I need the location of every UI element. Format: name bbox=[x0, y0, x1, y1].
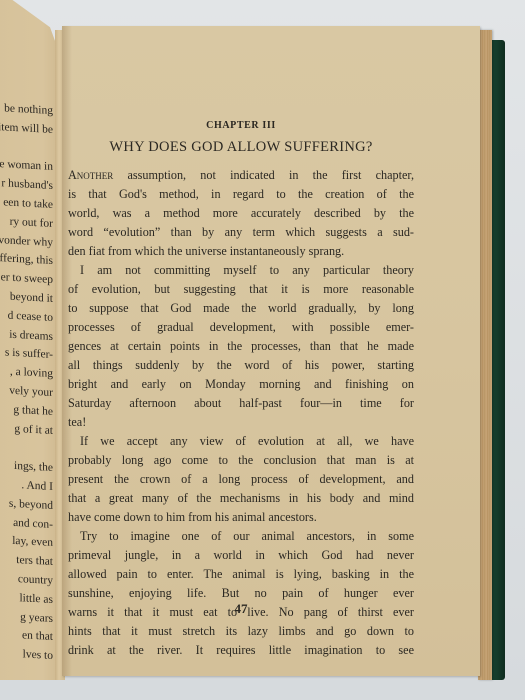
left-fragment: e woman in bbox=[0, 154, 53, 177]
paragraph-3: If we accept any view of evolution at al… bbox=[68, 432, 414, 527]
left-page-text-fragments: be nothing item will be e woman in r hus… bbox=[0, 98, 53, 666]
paragraph-2: I am not committing myself to any partic… bbox=[68, 261, 414, 432]
left-fragment: er to sweep bbox=[0, 267, 53, 290]
left-fragment: little as bbox=[0, 587, 53, 610]
page-stack-edge bbox=[478, 30, 492, 680]
left-fragment: and con- bbox=[0, 512, 53, 535]
text-line: probably long ago come to the conclusion… bbox=[68, 451, 414, 470]
page-number: 47 bbox=[68, 601, 414, 617]
chapter-label: CHAPTER III bbox=[68, 120, 414, 131]
text-line: I am not committing myself to any partic… bbox=[68, 261, 414, 280]
left-fragment: be nothing bbox=[0, 98, 53, 121]
left-fragment: ffering, this bbox=[0, 248, 53, 271]
left-fragment: vonder why bbox=[0, 230, 53, 253]
left-fragment: lves to bbox=[0, 643, 53, 666]
left-fragment: g of it at bbox=[0, 418, 53, 441]
left-fragment: s, beyond bbox=[0, 493, 53, 516]
text-line: assumption, not indicated in the first c… bbox=[113, 168, 414, 182]
left-fragment: een to take bbox=[0, 192, 53, 215]
text-line: If we accept any view of evolution at al… bbox=[68, 432, 414, 451]
text-line: primeval jungle, in a world in which God… bbox=[68, 546, 414, 565]
left-fragment: lay, even bbox=[0, 530, 53, 553]
text-line: have come down to him from his animal an… bbox=[68, 508, 414, 527]
left-fragment bbox=[0, 436, 53, 459]
text-line: all things suddenly by the word of his p… bbox=[68, 356, 414, 375]
text-line: hints that it must stretch its lazy limb… bbox=[68, 622, 414, 641]
lead-word: Another bbox=[68, 168, 113, 182]
text-line: bright and early on Monday morning and f… bbox=[68, 375, 414, 394]
chapter-title: WHY DOES GOD ALLOW SUFFERING? bbox=[68, 139, 414, 156]
left-fragment: . And I bbox=[0, 474, 53, 497]
left-fragment: ings, the bbox=[0, 455, 53, 478]
left-fragment: country bbox=[0, 568, 53, 591]
left-fragment: g years bbox=[0, 606, 53, 629]
text-line: tea! bbox=[68, 413, 414, 432]
text-line: allowed pain to enter. The animal is lyi… bbox=[68, 565, 414, 584]
left-fragment: d cease to bbox=[0, 305, 53, 328]
text-line: that a great many of the mechanisms in h… bbox=[68, 489, 414, 508]
text-line: den fiat from which the universe instant… bbox=[68, 242, 414, 261]
text-line: present the crown of a long process of d… bbox=[68, 470, 414, 489]
left-fragment: g that he bbox=[0, 399, 53, 422]
left-fragment: is dreams bbox=[0, 324, 53, 347]
text-line: is that God's method, in regard to the c… bbox=[68, 185, 414, 204]
left-fragment: s is suffer- bbox=[0, 342, 53, 365]
text-line: of evolution, but suggesting that it is … bbox=[68, 280, 414, 299]
text-line: Saturday afternoon about half-past four—… bbox=[68, 394, 414, 413]
left-fragment: item will be bbox=[0, 117, 53, 140]
left-fragment: , a loving bbox=[0, 361, 53, 384]
left-fragment: en that bbox=[0, 624, 53, 647]
left-fragment: beyond it bbox=[0, 286, 53, 309]
text-line: processes of gradual development, with p… bbox=[68, 318, 414, 337]
text-line: to suppose that God made the world gradu… bbox=[68, 299, 414, 318]
text-line: world, was a method more accurately desc… bbox=[68, 204, 414, 223]
text-line: word “evolution” than by any term which … bbox=[68, 223, 414, 242]
left-fragment: ters that bbox=[0, 549, 53, 572]
right-page-content: CHAPTER III WHY DOES GOD ALLOW SUFFERING… bbox=[68, 120, 414, 660]
text-line: gences at certain points in the processe… bbox=[68, 337, 414, 356]
paragraph-4: Try to imagine one of our animal ancesto… bbox=[68, 527, 414, 660]
text-line: drink at the river. It requires little i… bbox=[68, 641, 414, 660]
text-line: Try to imagine one of our animal ancesto… bbox=[68, 527, 414, 546]
paragraph-1: Another assumption, not indicated in the… bbox=[68, 166, 414, 261]
left-fragment: ry out for bbox=[0, 211, 53, 234]
left-fragment: vely your bbox=[0, 380, 53, 403]
left-fragment: r husband's bbox=[0, 173, 53, 196]
